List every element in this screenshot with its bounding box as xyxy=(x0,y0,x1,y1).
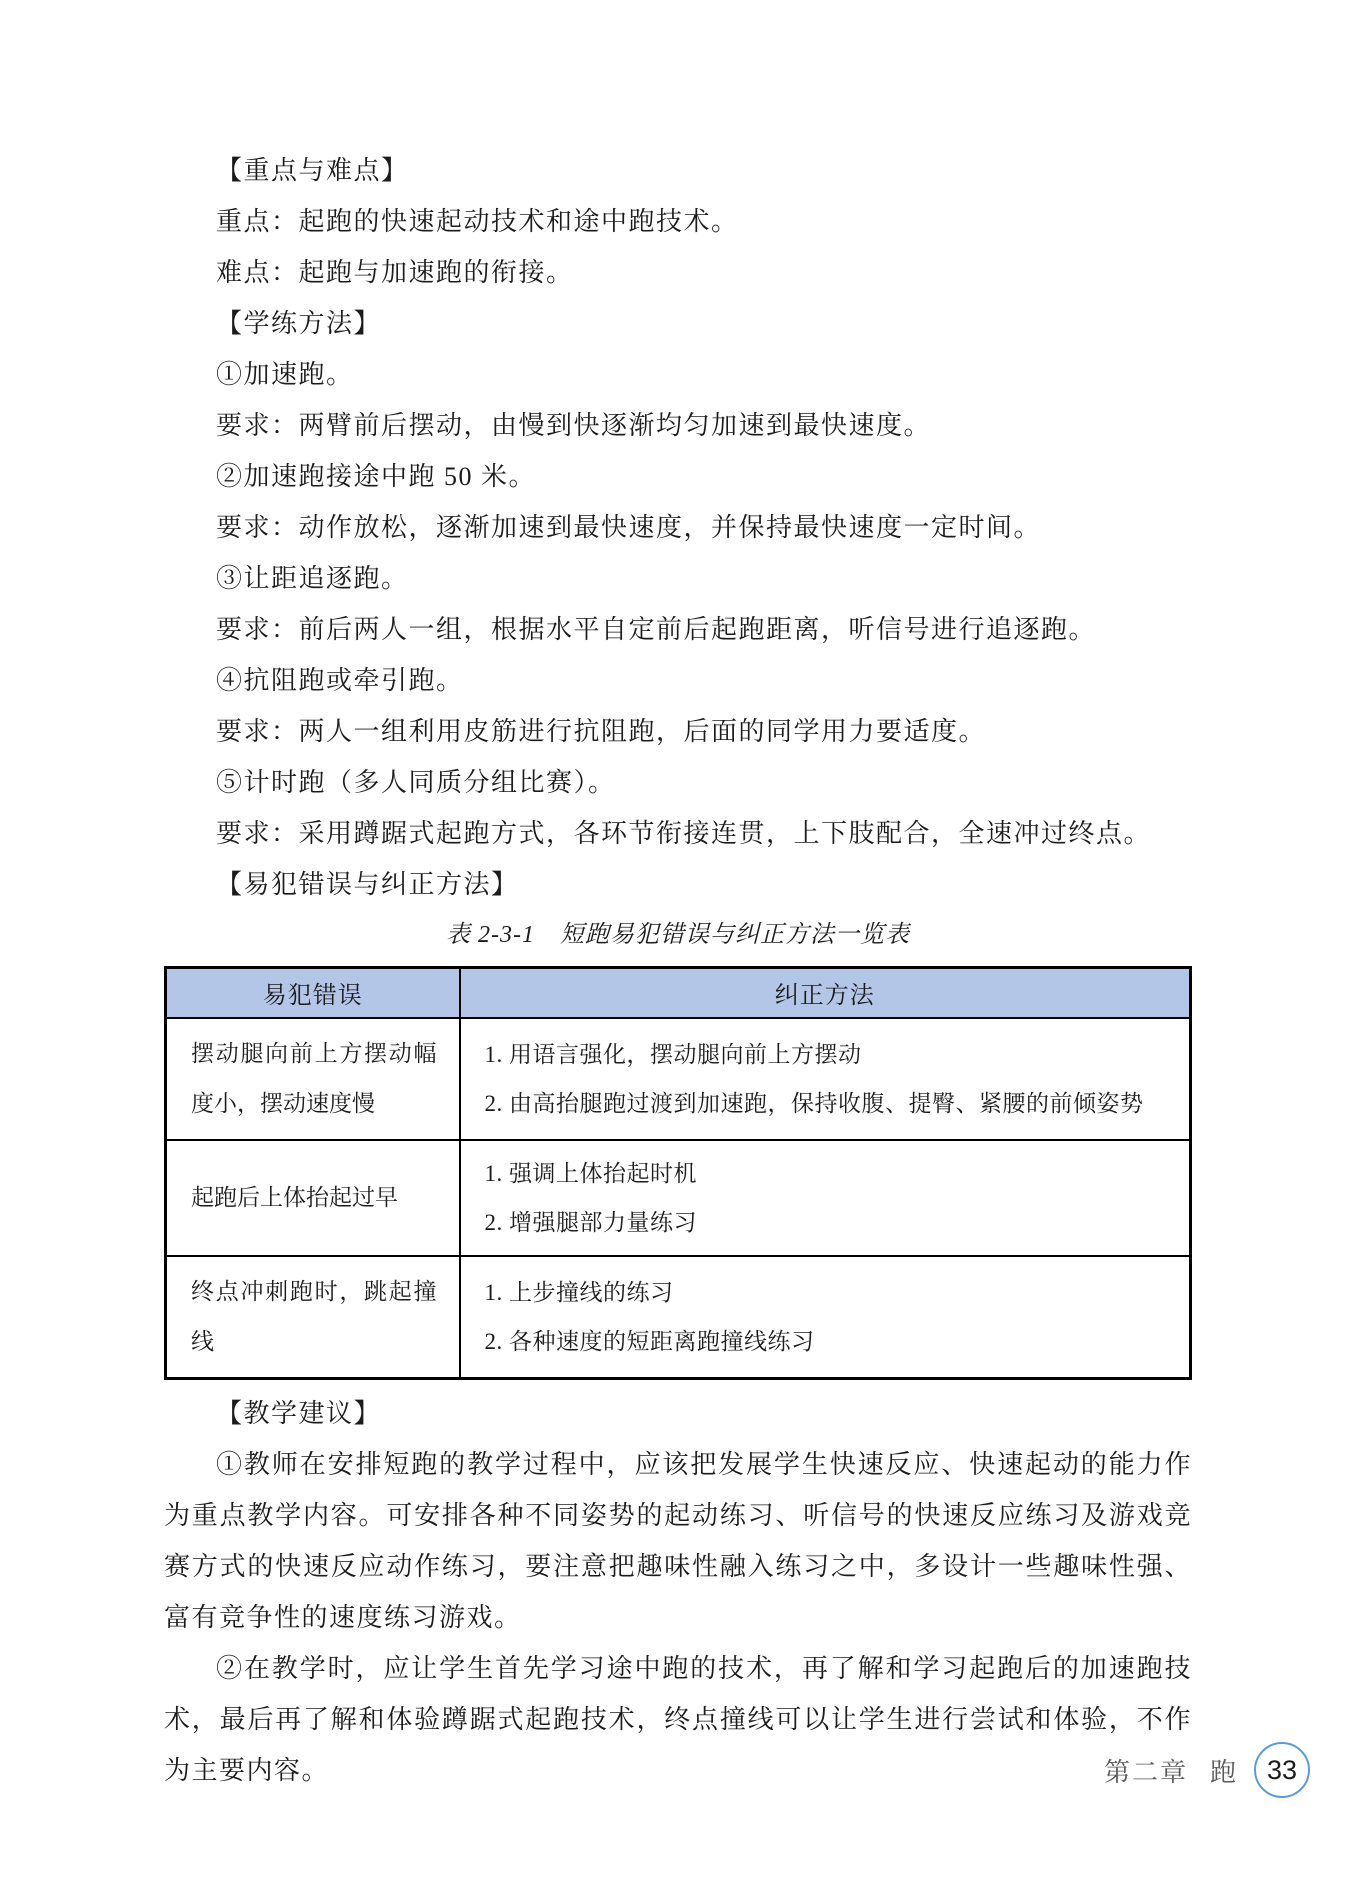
method-item: 1. 上步撞线的练习 xyxy=(485,1268,1182,1317)
method-item: 2. 增强腿部力量练习 xyxy=(485,1198,1182,1247)
body-line-method-5: ⑤计时跑（多人同质分组比赛）。 xyxy=(164,757,1192,808)
table-row: 起跑后上体抬起过早 1. 强调上体抬起时机 2. 增强腿部力量练习 xyxy=(166,1140,1191,1256)
body-line-method-1-requirement: 要求：两臂前后摆动，由慢到快逐渐均匀加速到最快速度。 xyxy=(164,400,1192,451)
method-item: 2. 由高抬腿跑过渡到加速跑，保持收腹、提臀、紧腰的前倾姿势 xyxy=(485,1079,1182,1128)
page-content: 【重点与难点】 重点：起跑的快速起动技术和途中跑技术。 难点：起跑与加速跑的衔接… xyxy=(164,145,1192,1796)
error-cell: 终点冲刺跑时，跳起撞线 xyxy=(166,1256,460,1379)
section-heading-common-errors: 【易犯错误与纠正方法】 xyxy=(164,859,1192,910)
table-header-row: 易犯错误 纠正方法 xyxy=(166,968,1191,1018)
methods-cell: 1. 上步撞线的练习 2. 各种速度的短距离跑撞线练习 xyxy=(460,1256,1191,1379)
section-heading-teaching-suggestions: 【教学建议】 xyxy=(164,1388,1192,1439)
methods-cell: 1. 强调上体抬起时机 2. 增强腿部力量练习 xyxy=(460,1140,1191,1256)
page-number-badge: 33 xyxy=(1254,1742,1310,1798)
method-item: 2. 各种速度的短距离跑撞线练习 xyxy=(485,1317,1182,1366)
section-heading-key-points: 【重点与难点】 xyxy=(164,145,1192,196)
methods-cell: 1. 用语言强化，摆动腿向前上方摆动 2. 由高抬腿跑过渡到加速跑，保持收腹、提… xyxy=(460,1018,1191,1140)
body-line-method-1: ①加速跑。 xyxy=(164,349,1192,400)
table-caption: 表 2-3-1 短跑易犯错误与纠正方法一览表 xyxy=(164,910,1192,961)
column-header-corrections: 纠正方法 xyxy=(460,968,1191,1018)
table-row: 终点冲刺跑时，跳起撞线 1. 上步撞线的练习 2. 各种速度的短距离跑撞线练习 xyxy=(166,1256,1191,1379)
body-line-method-5-requirement: 要求：采用蹲踞式起跑方式，各环节衔接连贯，上下肢配合，全速冲过终点。 xyxy=(164,808,1192,859)
body-line-difficulty: 难点：起跑与加速跑的衔接。 xyxy=(164,247,1192,298)
error-cell: 起跑后上体抬起过早 xyxy=(166,1140,460,1256)
method-item: 1. 用语言强化，摆动腿向前上方摆动 xyxy=(485,1030,1182,1079)
page-number: 33 xyxy=(1267,1755,1297,1786)
section-heading-practice-methods: 【学练方法】 xyxy=(164,298,1192,349)
textbook-page: 【重点与难点】 重点：起跑的快速起动技术和途中跑技术。 难点：起跑与加速跑的衔接… xyxy=(0,0,1353,1884)
method-item: 1. 强调上体抬起时机 xyxy=(485,1149,1182,1198)
body-line-method-2-requirement: 要求：动作放松，逐渐加速到最快速度，并保持最快速度一定时间。 xyxy=(164,502,1192,553)
teaching-paragraph-1: ①教师在安排短跑的教学过程中，应该把发展学生快速反应、快速起动的能力作为重点教学… xyxy=(164,1439,1192,1643)
footer-chapter-topic: 跑 xyxy=(1210,1752,1238,1789)
body-line-method-3: ③让距追逐跑。 xyxy=(164,553,1192,604)
error-cell: 摆动腿向前上方摆动幅度小，摆动速度慢 xyxy=(166,1018,460,1140)
body-line-method-2: ②加速跑接途中跑 50 米。 xyxy=(164,451,1192,502)
errors-correction-table: 易犯错误 纠正方法 摆动腿向前上方摆动幅度小，摆动速度慢 1. 用语言强化，摆动… xyxy=(164,966,1192,1380)
table-row: 摆动腿向前上方摆动幅度小，摆动速度慢 1. 用语言强化，摆动腿向前上方摆动 2.… xyxy=(166,1018,1191,1140)
body-line-key-point: 重点：起跑的快速起动技术和途中跑技术。 xyxy=(164,196,1192,247)
footer-chapter-number: 第二章 xyxy=(1104,1752,1188,1789)
body-line-method-3-requirement: 要求：前后两人一组，根据水平自定前后起跑距离，听信号进行追逐跑。 xyxy=(164,604,1192,655)
footer-chapter-label: 第二章 跑 xyxy=(1104,1752,1238,1789)
page-footer: 第二章 跑 33 xyxy=(0,1742,1310,1798)
body-line-method-4: ④抗阻跑或牵引跑。 xyxy=(164,655,1192,706)
body-line-method-4-requirement: 要求：两人一组利用皮筋进行抗阻跑，后面的同学用力要适度。 xyxy=(164,706,1192,757)
column-header-errors: 易犯错误 xyxy=(166,968,460,1018)
